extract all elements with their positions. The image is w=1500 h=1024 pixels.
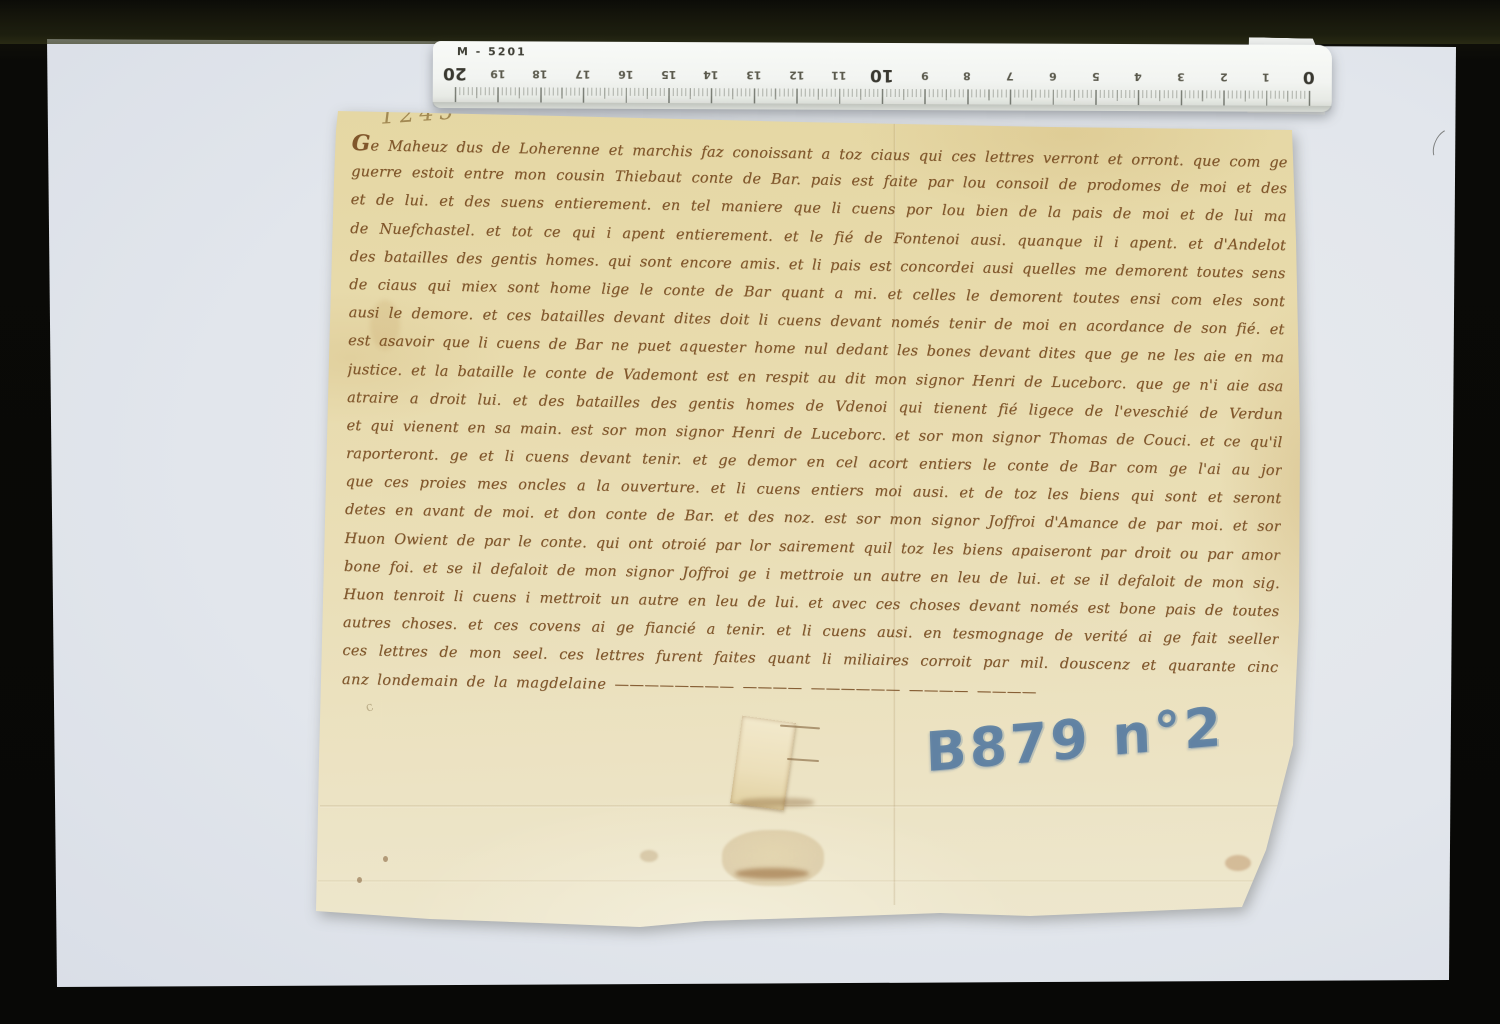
ink-smudge xyxy=(740,798,814,807)
pencil-curl-mark: c xyxy=(364,699,376,716)
ruler-number: 20 xyxy=(443,63,467,83)
ruler-number: 1 xyxy=(1262,71,1270,84)
ruler-number: 12 xyxy=(789,69,804,82)
seal-tongue-strip xyxy=(730,716,796,811)
ruler-number: 17 xyxy=(575,68,590,81)
ruler-number: 13 xyxy=(746,68,761,81)
seal-slit xyxy=(787,758,819,762)
ruler-number: 7 xyxy=(1006,70,1014,83)
ruler-number: 15 xyxy=(661,68,676,81)
brown-stain-streak xyxy=(735,868,809,879)
parchment-surface: Ge Maheuz dus de Loherenne et marchis fa… xyxy=(310,100,1320,960)
stain-blotch xyxy=(1225,855,1251,871)
ruler-number: 0 xyxy=(1303,67,1315,87)
ruler-number: 14 xyxy=(703,68,718,81)
ruler-number: 3 xyxy=(1177,70,1185,83)
ruler-numbers: 20191817161514131211109876543210 xyxy=(433,65,1332,89)
film-edge-glow xyxy=(0,0,1500,44)
stain-blotch xyxy=(640,850,658,862)
ruler-number: 16 xyxy=(618,68,633,81)
parchment-speck xyxy=(383,856,388,862)
ruler-number: 19 xyxy=(490,67,505,80)
ruler-label: M - 5201 xyxy=(457,45,527,58)
ruler-number: 5 xyxy=(1091,70,1099,83)
archive-call-number: B879 n°2 xyxy=(924,695,1225,784)
manuscript-lines: Ge Maheuz dus de Loherenne et marchis fa… xyxy=(342,130,1288,711)
ruler-number: 18 xyxy=(533,67,548,80)
photo-frame: M - 5201 2019181716151413121110987654321… xyxy=(0,0,1500,1024)
parchment-speck xyxy=(357,877,362,883)
ruler-number: 11 xyxy=(831,69,846,82)
parchment: Ge Maheuz dus de Loherenne et marchis fa… xyxy=(310,100,1320,960)
ruler-number: 8 xyxy=(963,69,971,82)
ruler-number: 9 xyxy=(921,69,929,82)
ruler-number: 4 xyxy=(1134,70,1142,83)
archivist-date-annotation: 1245 xyxy=(379,98,459,129)
ruler-number: 6 xyxy=(1049,70,1057,83)
ruler-number: 10 xyxy=(870,65,894,85)
ruler-number: 2 xyxy=(1220,70,1228,83)
